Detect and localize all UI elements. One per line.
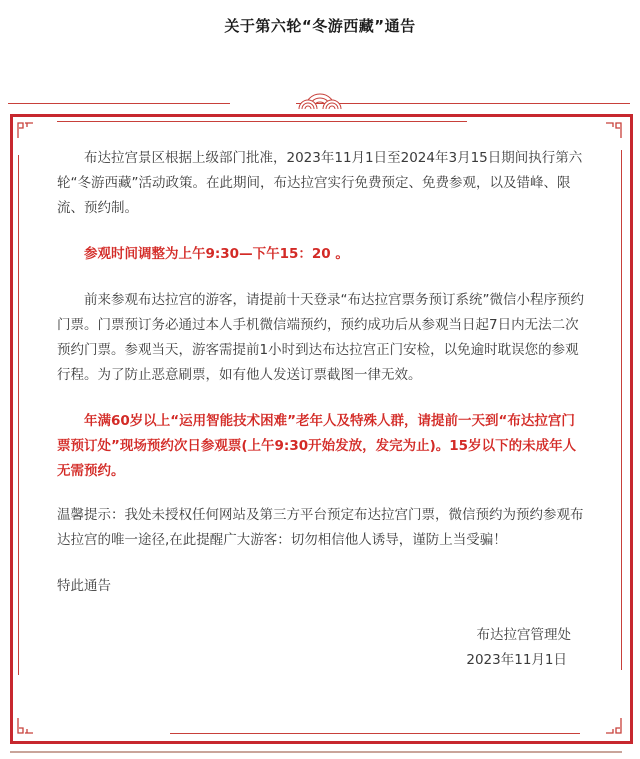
fret-corner-icon bbox=[17, 717, 35, 735]
issuer-name: 布达拉宫管理处 bbox=[57, 623, 587, 648]
inner-left-line bbox=[18, 155, 19, 675]
inner-right-line bbox=[621, 150, 622, 670]
top-divider-right bbox=[296, 103, 630, 104]
fret-corner-icon bbox=[605, 717, 623, 735]
fret-corner-icon bbox=[605, 121, 623, 139]
bottom-divider bbox=[10, 751, 622, 753]
notice-title: 关于第六轮“冬游西藏”通告 bbox=[0, 15, 640, 36]
intro-paragraph: 布达拉宫景区根据上级部门批准，2023年11月1日至2024年3月15日期间执行… bbox=[57, 146, 587, 221]
issue-date: 2023年11月1日 bbox=[57, 648, 587, 673]
fret-corner-icon bbox=[17, 121, 35, 139]
inner-bottom-line bbox=[170, 733, 580, 734]
hours-notice: 参观时间调整为上午9:30—下午15：20 。 bbox=[57, 242, 587, 267]
elderly-notice: 年满60岁以上“运用智能技术困难”老年人及特殊人群，请提前一天到“布达拉宫门票预… bbox=[57, 409, 587, 484]
closing-line: 特此通告 bbox=[57, 574, 587, 599]
top-divider-left bbox=[8, 103, 230, 104]
auspicious-cloud-icon bbox=[295, 83, 345, 109]
booking-paragraph: 前来参观布达拉宫的游客，请提前十天登录“布达拉宫票务预订系统”微信小程序预约门票… bbox=[57, 288, 587, 388]
notice-body: 布达拉宫景区根据上级部门批准，2023年11月1日至2024年3月15日期间执行… bbox=[57, 146, 587, 673]
warm-tip-paragraph: 温馨提示：我处未授权任何网站及第三方平台预定布达拉宫门票，微信预约为预约参观布达… bbox=[57, 503, 587, 553]
inner-top-line bbox=[57, 121, 467, 122]
